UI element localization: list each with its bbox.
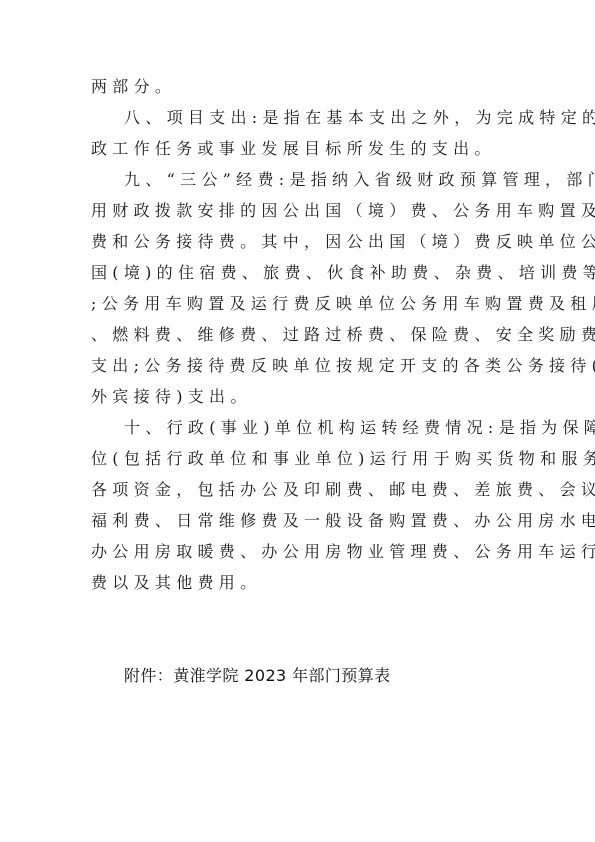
text-line-8: ;公务用车购置及运行费反映单位公务用车购置费及租用费 xyxy=(91,288,511,319)
paragraph-8-project-expenditure: 八、项目支出:是指在基本支出之外，为完成特定的行 xyxy=(91,102,511,133)
text-line-1: 两部分。 xyxy=(91,71,511,102)
text-line-3: 政工作任务或事业发展目标所发生的支出。 xyxy=(91,133,511,164)
paragraph-10-operating-expenses: 十、行政(事业)单位机构运转经费情况:是指为保障单 xyxy=(91,412,511,443)
attachment-note: 附件：黄淮学院 2023 年部门预算表 xyxy=(124,664,391,688)
text-line-10: 支出;公务接待费反映单位按规定开支的各类公务接待(含 xyxy=(91,350,511,381)
text-line-13: 位(包括行政单位和事业单位)运行用于购买货物和服务的 xyxy=(91,443,511,474)
text-line-17: 费以及其他费用。 xyxy=(91,567,511,598)
text-line-5: 用财政拨款安排的因公出国（境）费、公务用车购置及运行 xyxy=(91,195,511,226)
text-line-11: 外宾接待)支出。 xyxy=(91,381,511,412)
text-line-7: 国(境)的住宿费、旅费、伙食补助费、杂费、培训费等支出 xyxy=(91,257,511,288)
body-text: 两部分。 八、项目支出:是指在基本支出之外，为完成特定的行 政工作任务或事业发展… xyxy=(91,71,511,598)
paragraph-9-three-public-expenses: 九、“三公”经费:是指纳入省级财政预算管理，部门使 xyxy=(91,164,511,195)
text-line-16: 办公用房取暖费、办公用房物业管理费、公务用车运行维护 xyxy=(91,536,511,567)
text-line-15: 福利费、日常维修费及一般设备购置费、办公用房水电费、 xyxy=(91,505,511,536)
text-line-6: 费和公务接待费。其中，因公出国（境）费反映单位公务出 xyxy=(91,226,511,257)
text-line-14: 各项资金，包括办公及印刷费、邮电费、差旅费、会议费、 xyxy=(91,474,511,505)
document-page: 两部分。 八、项目支出:是指在基本支出之外，为完成特定的行 政工作任务或事业发展… xyxy=(0,0,595,842)
text-line-9: 、燃料费、维修费、过路过桥费、保险费、安全奖励费用等 xyxy=(91,319,511,350)
